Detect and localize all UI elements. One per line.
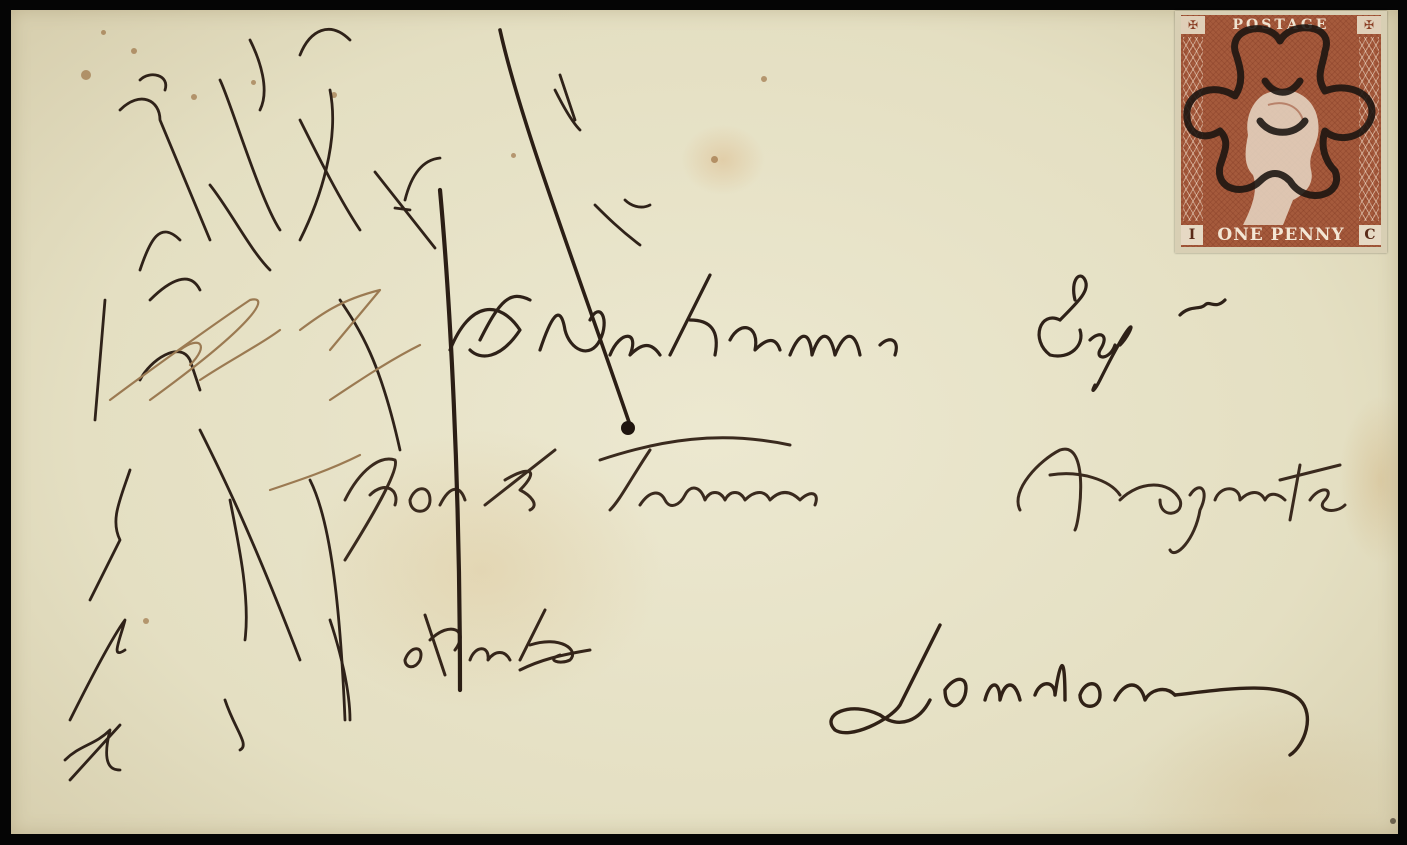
rate-marks: 1/4 · 4 [380, 160, 444, 184]
foxing-spot [711, 156, 718, 163]
foxing-spot [251, 80, 256, 85]
foxing-spot [81, 70, 91, 80]
foxing-spot [143, 618, 149, 624]
foxing-spot [331, 92, 337, 98]
foxing-spot [131, 48, 137, 54]
foxing-spot [191, 94, 197, 100]
address-line-area: Park [405, 615, 520, 673]
address-line-name: Robert Abrahams Esq re [450, 290, 1201, 360]
maltese-cross-cancel-icon [1175, 11, 1387, 253]
address-line-city: London [830, 630, 1096, 712]
foxing-spot [101, 30, 106, 35]
foxing-spot [1390, 818, 1396, 824]
foxing-spot [511, 153, 516, 158]
postage-stamp: ✠ POSTAGE ✠ I ONE PENNY C [1175, 11, 1387, 253]
address-line-street: York Terrace Regents [345, 450, 1000, 520]
foxing-spot [761, 76, 767, 82]
